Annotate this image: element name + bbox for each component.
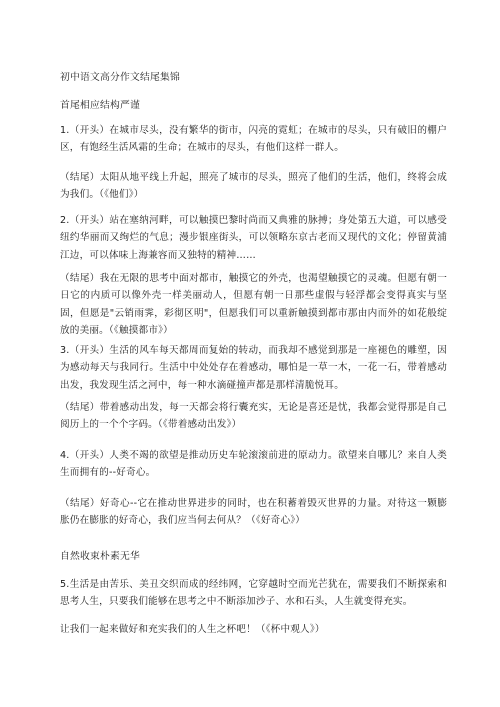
document-page: 初中语文高分作文结尾集锦 首尾相应结构严谨 1.（开头）在城市尽头，没有繁华的街… bbox=[0, 0, 500, 707]
paragraph-1-closing: （结尾）太阳从地平线上升起，照亮了城市的尽头，照亮了他们的生活，他们，终将会成为… bbox=[60, 169, 447, 204]
paragraph-5-closing: 让我们一起来做好和充实我们的人生之杯吧！（《杯中观人》） bbox=[60, 621, 447, 638]
section-heading-1: 首尾相应结构严谨 bbox=[60, 97, 447, 114]
paragraph-1-opening: 1.（开头）在城市尽头，没有繁华的街市，闪亮的霓虹；在城市的尽头，只有破旧的棚户… bbox=[60, 122, 447, 157]
paragraph-4-opening: 4.（开头）人类不竭的欲望是推动历史车轮滚滚前进的原动力。欲望来自哪儿？来自人类… bbox=[60, 447, 447, 482]
paragraph-5: 5.生活是由苦乐、美丑交织而成的经纬网，它穿越时空而光芒犹在，需要我们不断探索和… bbox=[60, 576, 447, 611]
section-heading-2: 自然收束朴素无华 bbox=[60, 548, 447, 565]
document-title: 初中语文高分作文结尾集锦 bbox=[60, 69, 447, 86]
paragraph-3-closing: （结尾）带着感动出发，每一天都会将行囊充实，无论是喜还是忧，我都会觉得那是自己阅… bbox=[60, 399, 447, 434]
paragraph-4-closing: （结尾）好奇心--它在推动世界进步的同时，也在积蓄着毁灭世界的力量。对待这一颗膨… bbox=[60, 495, 447, 530]
paragraph-2-opening: 2.（开头）站在塞纳河畔，可以触摸巴黎时尚而又典雅的脉搏；身处第五大道，可以感受… bbox=[60, 212, 447, 264]
paragraph-3-opening: 3.（开头）生活的风车每天都周而复始的转动，而我却不感觉到那是一座褪色的雕塑，因… bbox=[60, 342, 447, 394]
paragraph-2-closing: （结尾）我在无限的思考中面对都市，触摸它的外壳，也渴望触摸它的灵魂。但愿有朝一日… bbox=[60, 270, 447, 339]
